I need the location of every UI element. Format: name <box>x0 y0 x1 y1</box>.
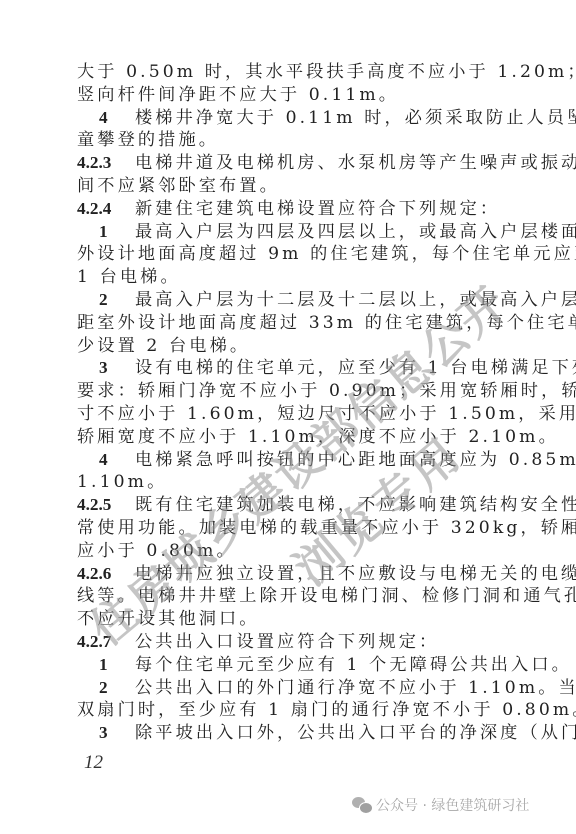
text-line: 竖向杆件间净距不应大于 0.11m。 <box>77 84 503 107</box>
document-page: 大于 0.50m 时，其水平段扶手高度不应小于 1.20m；楼梯栏杆竖向杆件间净… <box>0 0 576 834</box>
line-text: 1 台电梯。 <box>77 267 181 287</box>
footer-credit-text: 公众号 · 绿色建筑研习社 <box>376 795 529 815</box>
text-line: 少设置 2 台电梯。 <box>77 335 503 358</box>
line-text: 电梯井道及电梯机房、水泵机房等产生噪声或振动的房 <box>135 153 576 173</box>
clause-line: 4.2.6电梯井应独立设置，且不应敷设与电梯无关的电缆、电 <box>77 563 503 586</box>
list-item-line: 2公共出入口的外门通行净宽不应小于 1.10m。当外门为 <box>77 677 503 700</box>
list-item-line: 1每个住宅单元至少应有 1 个无障碍公共出入口。 <box>77 654 503 677</box>
line-text: 要求：轿厢门净宽不应小于 0.90m；采用宽轿厢时，轿厢长边尺 <box>77 381 576 401</box>
line-text: 设有电梯的住宅单元，应至少有 1 台电梯满足下列尺寸 <box>135 358 576 378</box>
item-number: 3 <box>99 357 135 380</box>
line-text: 轿厢宽度不应小于 1.10m，深度不应小于 2.10m。 <box>77 427 559 447</box>
item-number: 3 <box>99 722 135 745</box>
text-line: 应小于 0.80m。 <box>77 540 503 563</box>
line-text: 应小于 0.80m。 <box>77 541 237 561</box>
item-number: 1 <box>99 221 135 244</box>
line-text: 外设计地面高度超过 9m 的住宅建筑，每个住宅单元应至少设置 <box>77 244 576 264</box>
text-line: 间不应紧邻卧室布置。 <box>77 175 503 198</box>
list-item-line: 1最高入户层为四层及四层以上，或最高入户层楼面距室 <box>77 221 503 244</box>
page-number: 12 <box>84 752 103 774</box>
line-text: 楼梯井净宽大于 0.11m 时，必须采取防止人员坠落和儿 <box>135 108 576 128</box>
line-text: 寸不应小于 1.60m，短边尺寸不应小于 1.50m，采用深轿厢时， <box>77 404 576 424</box>
text-line: 不应开设其他洞口。 <box>77 608 503 631</box>
text-line: 大于 0.50m 时，其水平段扶手高度不应小于 1.20m；楼梯栏杆 <box>77 61 503 84</box>
line-text: 新建住宅建筑电梯设置应符合下列规定： <box>135 199 500 219</box>
line-text: 电梯紧急呼叫按钮的中心距地面高度应为 0.85m～ <box>135 450 576 470</box>
line-text: 既有住宅建筑加装电梯，不应影响建筑结构安全性和正 <box>135 495 576 515</box>
footer-credit: 公众号 · 绿色建筑研习社 <box>352 795 529 815</box>
clause-line: 4.2.3电梯井道及电梯机房、水泵机房等产生噪声或振动的房 <box>77 152 503 175</box>
clause-number: 4.2.5 <box>77 494 135 517</box>
line-text: 不应开设其他洞口。 <box>77 609 260 629</box>
item-number: 2 <box>99 677 135 700</box>
line-text: 双扇门时，至少应有 1 扇门的通行净宽不小于 0.80m。 <box>77 700 576 720</box>
clause-number: 4.2.6 <box>77 563 135 586</box>
clause-number: 4.2.3 <box>77 152 135 175</box>
item-number: 2 <box>99 289 135 312</box>
clause-number: 4.2.4 <box>77 198 135 221</box>
text-line: 外设计地面高度超过 9m 的住宅建筑，每个住宅单元应至少设置 <box>77 243 503 266</box>
line-text: 最高入户层为四层及四层以上，或最高入户层楼面距室 <box>135 222 576 242</box>
line-text: 每个住宅单元至少应有 1 个无障碍公共出入口。 <box>135 655 572 675</box>
line-text: 公共出入口的外门通行净宽不应小于 1.10m。当外门为 <box>135 678 576 698</box>
line-text: 少设置 2 台电梯。 <box>77 336 250 356</box>
list-item-line: 3除平坡出入口外，公共出入口平台的净深度（从门扇开 <box>77 722 503 745</box>
list-item-line: 4楼梯井净宽大于 0.11m 时，必须采取防止人员坠落和儿 <box>77 107 503 130</box>
clause-line: 4.2.7公共出入口设置应符合下列规定： <box>77 631 503 654</box>
text-line: 要求：轿厢门净宽不应小于 0.90m；采用宽轿厢时，轿厢长边尺 <box>77 380 503 403</box>
line-text: 常使用功能。加装电梯的载重量不应小于 320kg，轿厢门净宽不 <box>77 518 576 538</box>
list-item-line: 2最高入户层为十二层及十二层以上，或最高入户层楼面 <box>77 289 503 312</box>
text-line: 轿厢宽度不应小于 1.10m，深度不应小于 2.10m。 <box>77 426 503 449</box>
text-line: 1.10m。 <box>77 471 503 494</box>
item-number: 1 <box>99 654 135 677</box>
text-line: 童攀登的措施。 <box>77 129 503 152</box>
clause-number: 4.2.7 <box>77 631 135 654</box>
list-item-line: 3设有电梯的住宅单元，应至少有 1 台电梯满足下列尺寸 <box>77 357 503 380</box>
line-text: 间不应紧邻卧室布置。 <box>77 176 280 196</box>
line-text: 大于 0.50m 时，其水平段扶手高度不应小于 1.20m；楼梯栏杆 <box>77 62 576 82</box>
item-number: 4 <box>99 449 135 472</box>
text-line: 常使用功能。加装电梯的载重量不应小于 320kg，轿厢门净宽不 <box>77 517 503 540</box>
clause-line: 4.2.4新建住宅建筑电梯设置应符合下列规定： <box>77 198 503 221</box>
line-text: 公共出入口设置应符合下列规定： <box>135 632 439 652</box>
line-text: 1.10m。 <box>77 472 167 492</box>
clause-line: 4.2.5既有住宅建筑加装电梯，不应影响建筑结构安全性和正 <box>77 494 503 517</box>
line-text: 距室外设计地面高度超过 33m 的住宅建筑，每个住宅单元应至 <box>77 313 576 333</box>
text-line: 寸不应小于 1.60m，短边尺寸不应小于 1.50m，采用深轿厢时， <box>77 403 503 426</box>
line-text: 除平坡出入口外，公共出入口平台的净深度（从门扇开 <box>135 723 576 743</box>
wechat-icon <box>352 797 372 813</box>
text-line: 1 台电梯。 <box>77 266 503 289</box>
line-text: 童攀登的措施。 <box>77 130 219 150</box>
line-text: 线等。电梯井井壁上除开设电梯门洞、检修门洞和通气孔洞外， <box>77 586 576 606</box>
list-item-line: 4电梯紧急呼叫按钮的中心距地面高度应为 0.85m～ <box>77 449 503 472</box>
text-line: 线等。电梯井井壁上除开设电梯门洞、检修门洞和通气孔洞外， <box>77 585 503 608</box>
item-number: 4 <box>99 107 135 130</box>
text-line: 双扇门时，至少应有 1 扇门的通行净宽不小于 0.80m。 <box>77 699 503 722</box>
line-text: 最高入户层为十二层及十二层以上，或最高入户层楼面 <box>135 290 576 310</box>
text-line: 距室外设计地面高度超过 33m 的住宅建筑，每个住宅单元应至 <box>77 312 503 335</box>
line-text: 电梯井应独立设置，且不应敷设与电梯无关的电缆、电 <box>135 564 576 584</box>
body-text: 大于 0.50m 时，其水平段扶手高度不应小于 1.20m；楼梯栏杆竖向杆件间净… <box>77 61 503 745</box>
line-text: 竖向杆件间净距不应大于 0.11m。 <box>77 85 399 105</box>
